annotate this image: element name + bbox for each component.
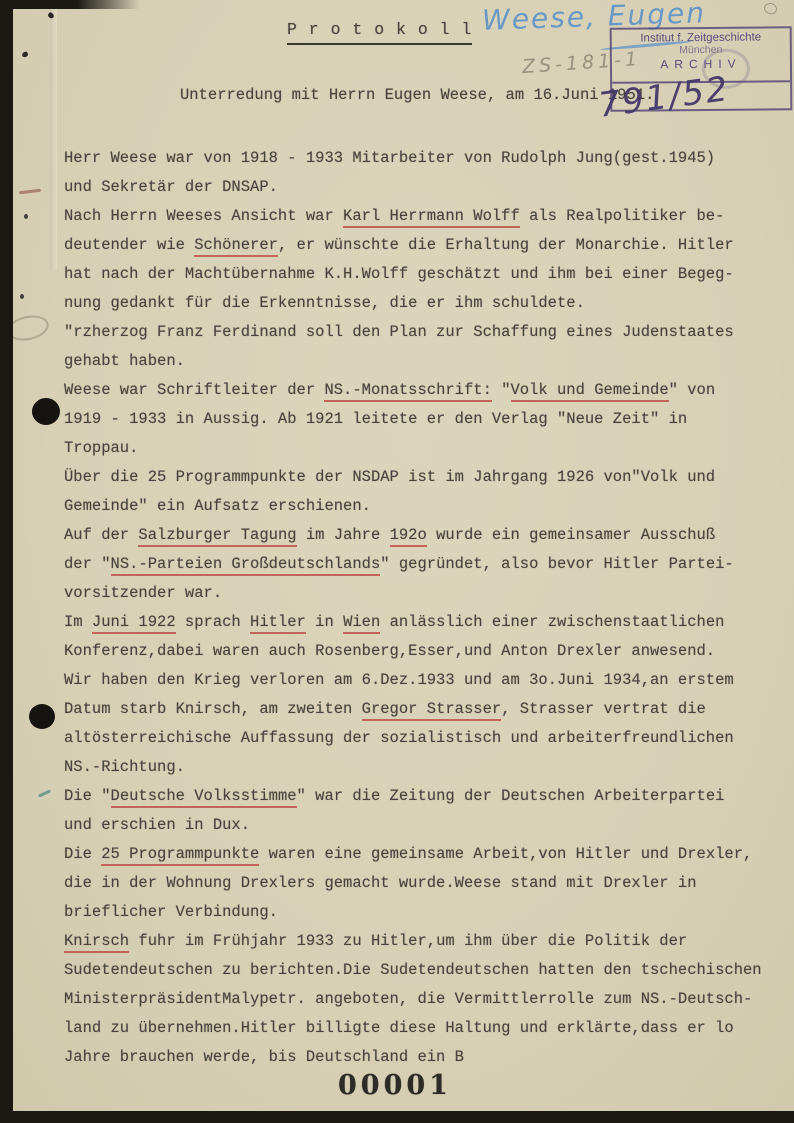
text-line: nung gedankt für die Erkenntnisse, die e…: [64, 294, 789, 323]
hole-punch: [32, 398, 60, 425]
red-underlined-text: NS.-Monatsschrift:: [324, 381, 491, 402]
text-line: hat nach der Machtübernahme K.H.Wolff ge…: [64, 265, 789, 294]
document-title: P r o t o k o l l: [287, 20, 472, 45]
text-line: Troppau.: [64, 439, 789, 468]
text-line: Sudetendeutschen zu berichten.Die Sudete…: [64, 961, 789, 990]
red-underlined-text: Wien: [343, 613, 380, 634]
text-line: land zu übernehmen.Hitler billigte diese…: [64, 1019, 789, 1048]
scanned-page: P r o t o k o l l Unterredung mit Herrn …: [0, 0, 794, 1123]
paper-crease: [50, 0, 57, 270]
red-underlined-text: Volk und Gemeinde: [511, 381, 669, 402]
text-line: vorsitzender war.: [64, 584, 789, 613]
red-underlined-text: 192o: [390, 526, 427, 547]
text-line: altösterreichische Auffassung der sozial…: [64, 729, 789, 758]
red-underlined-text: Schönerer: [194, 236, 278, 257]
text-line: Die 25 Programmpunkte waren eine gemeins…: [64, 845, 789, 874]
stamp-city: München: [612, 43, 790, 57]
hole-punch: [29, 704, 55, 729]
text-line: 1919 - 1933 in Aussig. Ab 1921 leitete e…: [64, 410, 789, 439]
margin-red-dash: [19, 189, 41, 195]
document-body: Herr Weese war von 1918 - 1933 Mitarbeit…: [64, 149, 789, 1077]
red-underlined-text: NS.-Parteien Großdeutschlands: [111, 555, 381, 576]
text-line: Konferenz,dabei waren auch Rosenberg,Ess…: [64, 642, 789, 671]
ink-speck: [21, 51, 28, 58]
red-underlined-text: Deutsche Volksstimme: [111, 787, 297, 808]
text-line: Herr Weese war von 1918 - 1933 Mitarbeit…: [64, 149, 789, 178]
text-line: der "NS.-Parteien Großdeutschlands" gegr…: [64, 555, 789, 584]
ink-speck: [24, 214, 28, 219]
text-line: Wir haben den Krieg verloren am 6.Dez.19…: [64, 671, 789, 700]
ink-speck: [20, 294, 24, 299]
corner-pencil-mark: [763, 1, 779, 16]
text-line: Über die 25 Programmpunkte der NSDAP ist…: [64, 468, 789, 497]
text-line: Weese war Schriftleiter der NS.-Monatssc…: [64, 381, 789, 410]
text-line: brieflicher Verbindung.: [64, 903, 789, 932]
archive-stamp: Institut f. Zeitgeschichte München ARCHI…: [610, 26, 793, 112]
text-line: Knirsch fuhr im Frühjahr 1933 zu Hitler,…: [64, 932, 789, 961]
text-line: gehabt haben.: [64, 352, 789, 381]
red-underlined-text: 25 Programmpunkte: [101, 845, 259, 866]
margin-check-mark: [38, 789, 51, 797]
red-underlined-text: Gregor Strasser: [362, 700, 502, 721]
text-line: Nach Herrn Weeses Ansicht war Karl Herrm…: [64, 207, 789, 236]
stamp-number: 791/52: [596, 69, 732, 126]
stamp-archiv-label: ARCHIV: [612, 56, 790, 72]
document-subtitle: Unterredung mit Herrn Eugen Weese, am 16…: [180, 86, 654, 104]
text-line: Die "Deutsche Volksstimme" war die Zeitu…: [64, 787, 789, 816]
text-line: MinisterpräsidentMalypetr. angeboten, di…: [64, 990, 789, 1019]
text-line: "rzherzog Franz Ferdinand soll den Plan …: [64, 323, 789, 352]
text-line: Im Juni 1922 sprach Hitler in Wien anläs…: [64, 613, 789, 642]
text-line: Auf der Salzburger Tagung im Jahre 192o …: [64, 526, 789, 555]
text-line: Datum starb Knirsch, am zweiten Gregor S…: [64, 700, 789, 729]
red-underlined-text: Juni 1922: [92, 613, 176, 634]
text-line: deutender wie Schönerer, er wünschte die…: [64, 236, 789, 265]
red-underlined-text: Salzburger Tagung: [138, 526, 296, 547]
text-line: Gemeinde" ein Aufsatz erschienen.: [64, 497, 789, 526]
scan-edge-top-left: [0, 0, 140, 9]
scan-edge-bottom: [0, 1111, 794, 1123]
scan-edge-left: [0, 0, 13, 1123]
page-number-stamp: 00001: [338, 1070, 452, 1101]
text-line: die in der Wohnung Drexlers gemacht wurd…: [64, 874, 789, 903]
red-underlined-text: Knirsch: [64, 932, 129, 953]
red-underlined-text: Karl Herrmann Wolff: [343, 207, 520, 228]
red-underlined-text: Hitler: [250, 613, 306, 634]
text-line: und erschien in Dux.: [64, 816, 789, 845]
text-line: NS.-Richtung.: [64, 758, 789, 787]
text-line: und Sekretär der DNSAP.: [64, 178, 789, 207]
